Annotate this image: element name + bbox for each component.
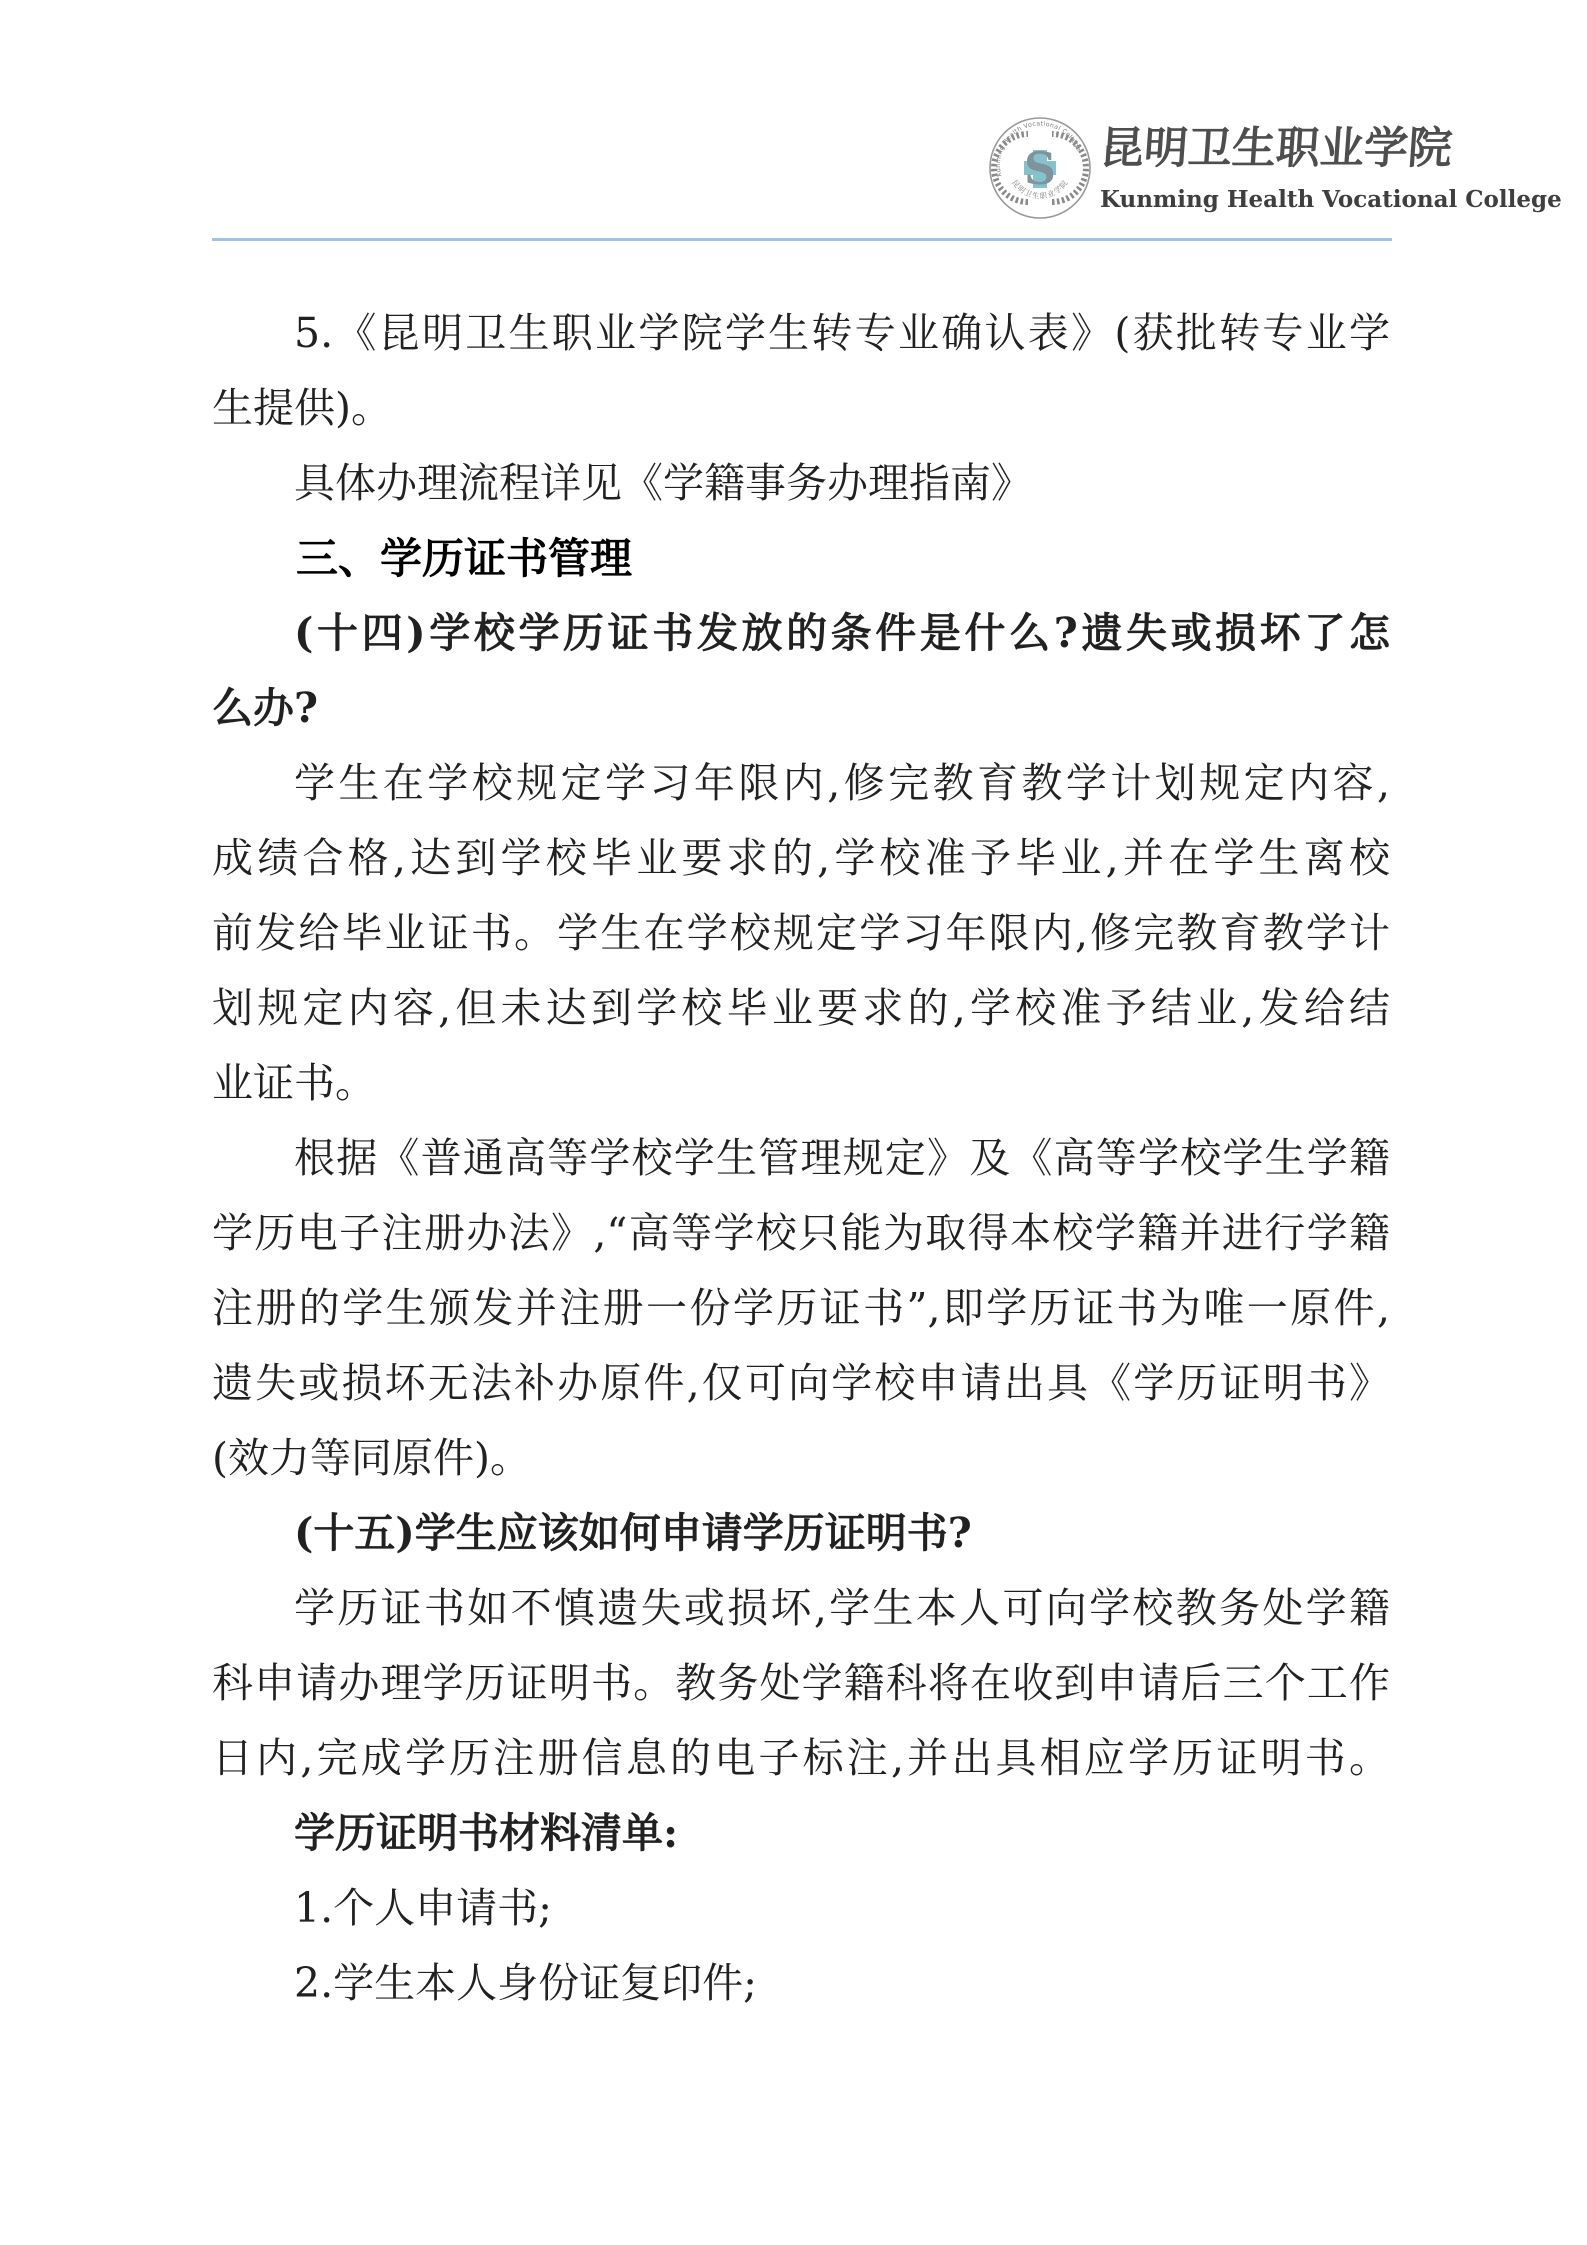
text-line-22: 1.个人申请书; xyxy=(212,1871,1390,1946)
text-line-1: 5.《昆明卫生职业学院学生转专业确认表》(获批转专业学 xyxy=(212,296,1390,371)
document-page: Kunming Health Vocational College 昆明卫生职业… xyxy=(0,0,1587,2245)
college-seal-logo: Kunming Health Vocational College 昆明卫生职业… xyxy=(988,116,1092,220)
text-line-2: 生提供)。 xyxy=(212,371,1390,446)
text-line-23: 2.学生本人身份证复印件; xyxy=(212,1946,1390,2021)
college-name-english: Kunming Health Vocational College xyxy=(1100,186,1440,214)
snake-s-icon: S xyxy=(1024,144,1056,195)
text-line-19: 科申请办理学历证明书。教务处学籍科将在收到申请后三个工作 xyxy=(212,1646,1390,1721)
text-line-16: (效力等同原件)。 xyxy=(212,1421,1390,1496)
text-line-8: 成绩合格,达到学校毕业要求的,学校准予毕业,并在学生离校 xyxy=(212,821,1390,896)
text-line-6: 么办? xyxy=(212,671,1390,746)
text-line-11: 业证书。 xyxy=(212,1046,1390,1121)
text-line-21: 学历证明书材料清单: xyxy=(212,1796,1390,1871)
text-line-3: 具体办理流程详见《学籍事务办理指南》 xyxy=(212,446,1390,521)
text-line-10: 划规定内容,但未达到学校毕业要求的,学校准予结业,发给结 xyxy=(212,971,1390,1046)
text-line-9: 前发给毕业证书。学生在学校规定学习年限内,修完教育教学计 xyxy=(212,896,1390,971)
text-line-12: 根据《普通高等学校学生管理规定》及《高等学校学生学籍 xyxy=(212,1121,1390,1196)
text-line-14: 注册的学生颁发并注册一份学历证书”,即学历证书为唯一原件, xyxy=(212,1271,1390,1346)
text-line-4: 三、学历证书管理 xyxy=(212,521,1390,596)
text-line-18: 学历证书如不慎遗失或损坏,学生本人可向学校教务处学籍 xyxy=(212,1571,1390,1646)
college-name-calligraphy: 昆明卫生职业学院 xyxy=(1098,118,1402,180)
document-body: 5.《昆明卫生职业学院学生转专业确认表》(获批转专业学生提供)。具体办理流程详见… xyxy=(212,296,1390,2021)
text-line-20: 日内,完成学历注册信息的电子标注,并出具相应学历证明书。 xyxy=(212,1721,1390,1796)
text-line-13: 学历电子注册办法》,“高等学校只能为取得本校学籍并进行学籍 xyxy=(212,1196,1390,1271)
text-line-5: (十四)学校学历证书发放的条件是什么?遗失或损坏了怎 xyxy=(212,596,1390,671)
text-line-15: 遗失或损坏无法补办原件,仅可向学校申请出具《学历证明书》 xyxy=(212,1346,1390,1421)
text-line-17: (十五)学生应该如何申请学历证明书? xyxy=(212,1496,1390,1571)
text-line-7: 学生在学校规定学习年限内,修完教育教学计划规定内容, xyxy=(212,746,1390,821)
header-divider-rule xyxy=(212,238,1392,241)
